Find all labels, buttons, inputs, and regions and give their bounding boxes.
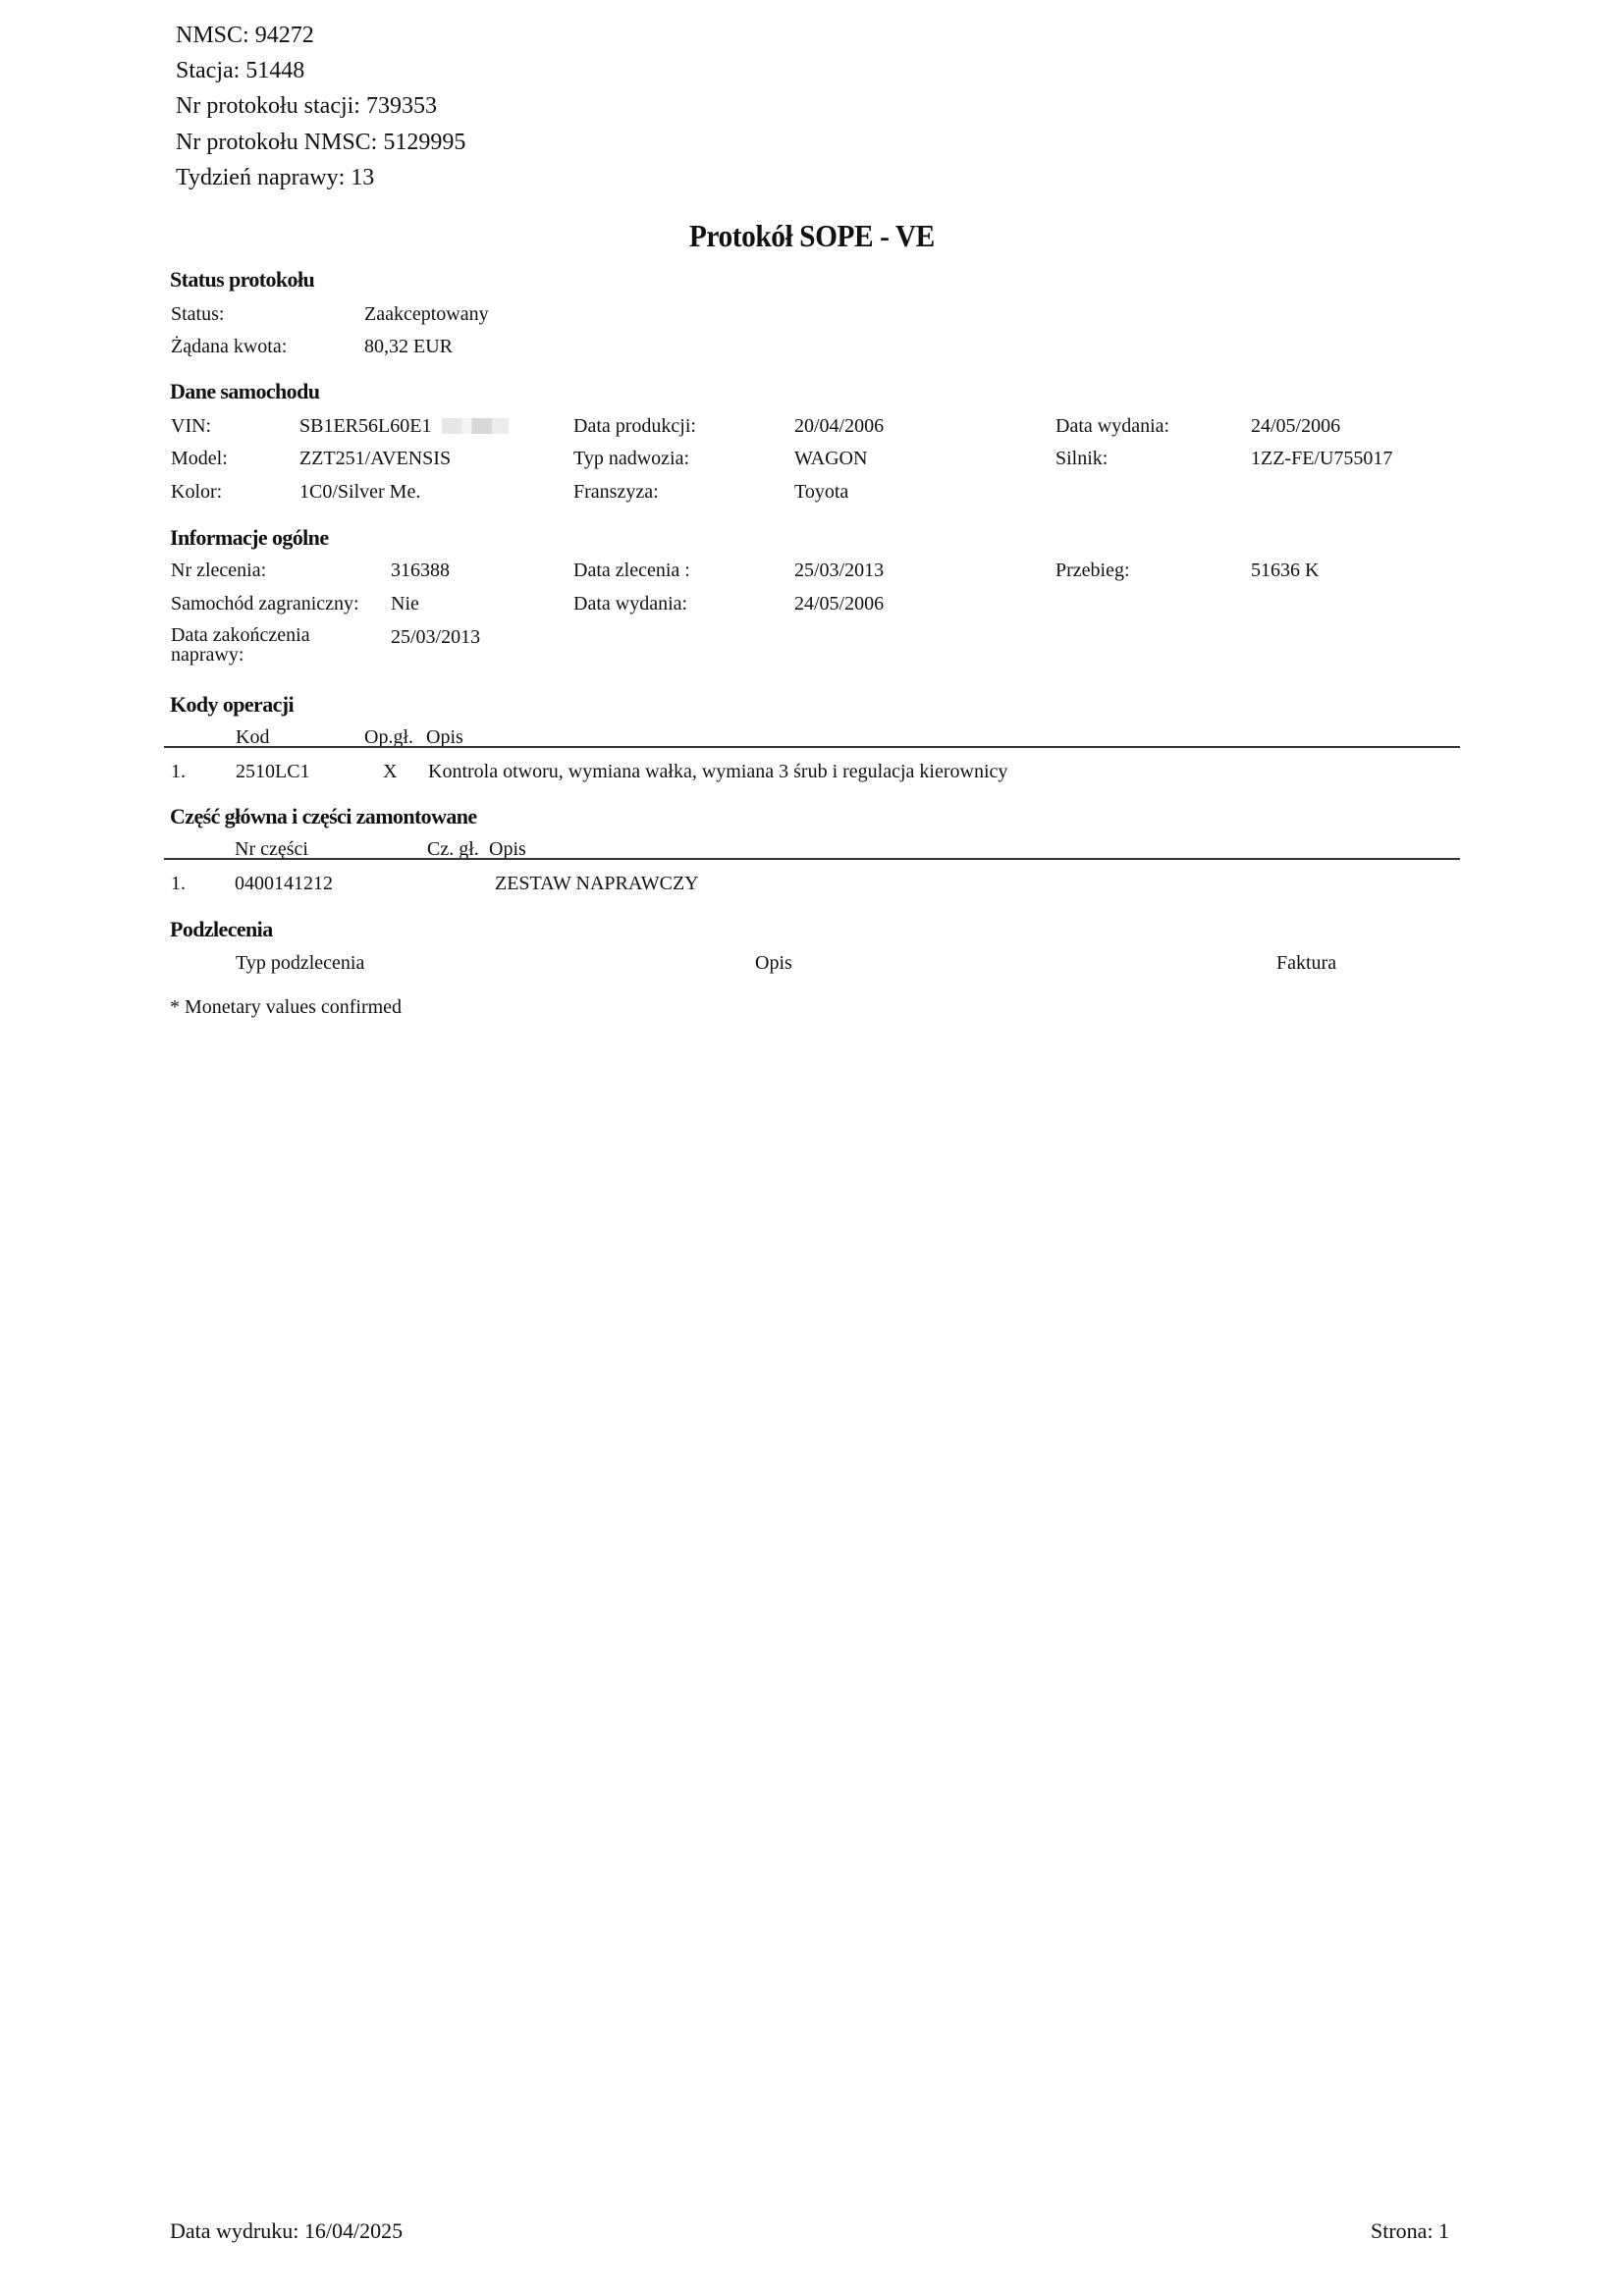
franchise-label: Franszyza: (573, 480, 659, 504)
production-date-label: Data produkcji: (573, 414, 696, 438)
section-heading-suborders: Podzlecenia (170, 917, 273, 942)
order-date-value: 25/03/2013 (794, 559, 884, 582)
model-label: Model: (171, 447, 228, 470)
franchise-value: Toyota (794, 480, 848, 504)
parts-row-index: 1. (171, 872, 186, 895)
engine-value: 1ZZ-FE/U755017 (1251, 447, 1392, 470)
nmsc-protocol-number: Nr protokołu NMSC: 5129995 (176, 129, 465, 156)
foreign-car-label: Samochód zagraniczny: (171, 592, 359, 615)
order-number-label: Nr zlecenia: (171, 559, 266, 582)
vin-label: VIN: (171, 414, 211, 438)
section-heading-status: Status protokołu (170, 267, 314, 293)
repair-end-date-label: Data zakończenia naprawy: (171, 625, 367, 665)
section-heading-parts: Część główna i części zamontowane (170, 804, 477, 829)
operations-row-description: Kontrola otworu, wymiana wałka, wymiana … (428, 760, 1007, 783)
general-issue-date-value: 24/05/2006 (794, 592, 884, 615)
production-date-value: 20/04/2006 (794, 414, 884, 438)
mileage-label: Przebieg: (1055, 559, 1130, 582)
suborders-col-type: Typ podzlecenia (236, 951, 364, 975)
operations-row-code: 2510LC1 (236, 760, 310, 783)
parts-row-description: ZESTAW NAPRAWCZY (495, 872, 699, 895)
vin-value: SB1ER56L60E1 (299, 414, 431, 438)
model-value: ZZT251/AVENSIS (299, 447, 451, 470)
section-heading-operations: Kody operacji (170, 692, 294, 718)
page-title: Protokół SOPE - VE (65, 218, 1558, 253)
operations-header-rule (164, 746, 1460, 748)
foreign-car-value: Nie (391, 592, 419, 615)
nmsc-number: NMSC: 94272 (176, 22, 314, 49)
parts-row-part-number: 0400141212 (235, 872, 333, 895)
issue-date-label: Data wydania: (1055, 414, 1169, 438)
color-label: Kolor: (171, 480, 222, 504)
general-issue-date-label: Data wydania: (573, 592, 687, 615)
status-value: Zaakceptowany (364, 302, 489, 326)
color-value: 1C0/Silver Me. (299, 480, 420, 504)
amount-value: 80,32 EUR (364, 335, 453, 358)
mileage-value: 51636 K (1251, 559, 1319, 582)
repair-end-date-value: 25/03/2013 (391, 625, 480, 649)
order-date-label: Data zlecenia : (573, 559, 690, 582)
section-heading-vehicle: Dane samochodu (170, 379, 319, 404)
operations-row-main: X (383, 760, 397, 783)
engine-label: Silnik: (1055, 447, 1108, 470)
status-label: Status: (171, 302, 224, 326)
operations-row-index: 1. (171, 760, 186, 783)
issue-date-value: 24/05/2006 (1251, 414, 1340, 438)
station-number: Stacja: 51448 (176, 57, 304, 84)
page-number: Strona: 1 (1371, 2218, 1449, 2244)
section-heading-general: Informacje ogólne (170, 525, 328, 551)
suborders-col-invoice: Faktura (1276, 951, 1336, 975)
body-type-label: Typ nadwozia: (573, 447, 689, 470)
station-protocol-number: Nr protokołu stacji: 739353 (176, 92, 437, 120)
body-type-value: WAGON (794, 447, 867, 470)
vin-redaction (442, 418, 509, 434)
parts-header-rule (164, 858, 1460, 860)
repair-week: Tydzień naprawy: 13 (176, 164, 374, 191)
monetary-note: * Monetary values confirmed (170, 995, 402, 1019)
suborders-col-description: Opis (755, 951, 792, 975)
print-date: Data wydruku: 16/04/2025 (170, 2218, 403, 2244)
amount-label: Żądana kwota: (171, 335, 287, 358)
order-number-value: 316388 (391, 559, 450, 582)
